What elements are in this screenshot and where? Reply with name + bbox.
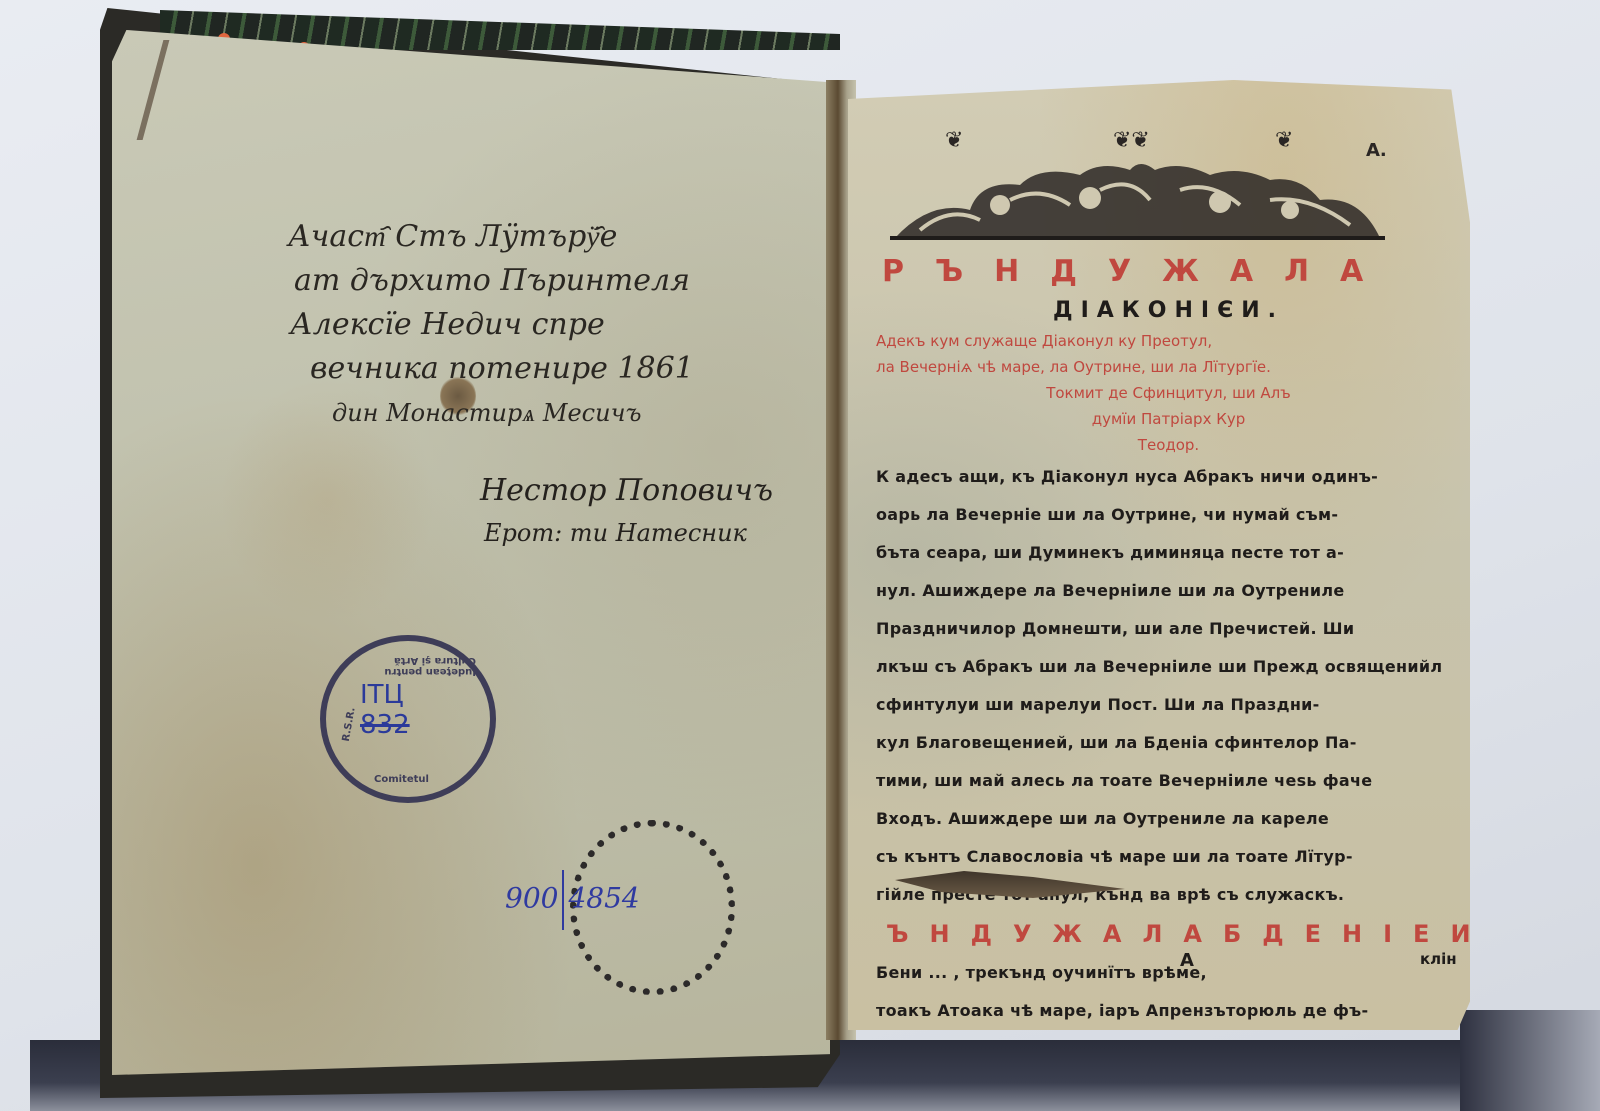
body-line: Входъ. Ашиждере ши ла Оутрениле ла карел…	[876, 800, 1461, 838]
fleuron-icon: ❦❦	[1113, 128, 1150, 153]
body-line: Бени ... , трекънд оучинїтъ врѣме,	[876, 954, 1461, 992]
body-text-2: Бени ... , трекънд оучинїтъ врѣме, тоакъ…	[876, 954, 1461, 1030]
inventory-value: 4854	[568, 882, 639, 915]
ornament-row: ❦ ❦❦ ❦	[925, 128, 1405, 158]
stamp-text-top: Judeţean pentru Cultura şi Artă	[376, 655, 476, 677]
divider	[562, 870, 564, 930]
body-line: тоакъ Атоака чѣ маре, іаръ Апрензъторюль…	[876, 992, 1461, 1030]
stamp-annotation-1: ІТЦ	[360, 680, 410, 710]
signature-block: Нестор Поповичъ Ерот: ти Натесник	[480, 470, 773, 554]
page-number: А.	[1366, 140, 1387, 161]
body-line: Праздничилор Домнешти, ши але Пречистей.…	[876, 610, 1461, 648]
section-heading-red: ЪНДУЖАЛАБДЕНІЕИ	[876, 914, 1461, 954]
body-line: бъта сеара, ши Думинекъ диминяца песте т…	[876, 534, 1461, 572]
stamp-ink-annotation: ІТЦ 832	[360, 680, 410, 740]
fleuron-icon: ❦	[945, 128, 963, 153]
inscription-line: дин Монастирѧ Месичъ	[280, 391, 820, 435]
body-line: съ кънтъ Славословіа чѣ маре ши ла тоате…	[876, 838, 1461, 876]
inventory-prefix: 900	[505, 882, 558, 915]
body-line: нул. Ашиждере ла Вечерніиле ши ла Оутрен…	[876, 572, 1461, 610]
inventory-number: 9004854	[505, 870, 640, 930]
catchword: А	[1180, 950, 1194, 971]
rubric-line: Токмит де Сфинцитул, ши Алъ	[876, 380, 1461, 406]
page-heading-red: РЪНДУЖАЛА	[876, 250, 1461, 294]
rubric-line: Теодор.	[876, 432, 1461, 458]
stamp-annotation-2: 832	[360, 710, 410, 740]
inscription-line: ат дърхито Пъринтеля	[280, 259, 820, 303]
book-shadow	[1460, 1010, 1600, 1111]
rubric-line: Адекъ кум служаще Діаконул ку Преотул,	[876, 328, 1461, 354]
fleuron-icon: ❦	[1275, 128, 1293, 153]
body-text: К адесъ ащи, къ Діаконул нуса Абракъ нич…	[876, 458, 1461, 914]
stamp-text-left: R.S.R.	[341, 707, 358, 743]
body-line: лкъш съ Абракъ ши ла Вечерніиле ши Прежд…	[876, 648, 1461, 686]
stamp-text-bottom: Comitetul	[374, 774, 429, 785]
body-line: К адесъ ащи, къ Діаконул нуса Абракъ нич…	[876, 458, 1461, 496]
decorative-headpiece-icon	[890, 160, 1385, 242]
red-rubric: Адекъ кум служаще Діаконул ку Преотул, л…	[876, 328, 1461, 458]
handwritten-inscription: Ачаст҄ Стъ Лӱтърӱ҄е ат дърхито Пъринтеля…	[280, 215, 820, 435]
body-line: тими, ши май алесь ла тоате Вечерніиле ч…	[876, 762, 1461, 800]
signature-name: Нестор Поповичъ	[480, 470, 773, 512]
catchword-right: клін	[1420, 950, 1457, 968]
page-subheading: ДІАКОНІЄИ.	[876, 294, 1461, 328]
rubric-line: думїи Патріарх Кур	[876, 406, 1461, 432]
body-line: оарь ла Вечерніе ши ла Оутрине, чи нумай…	[876, 496, 1461, 534]
inscription-line: Алексїе Недич спре	[280, 303, 820, 347]
inscription-line: вечника потенире 1861	[280, 347, 820, 391]
signature-title: Ерот: ти Натесник	[480, 512, 773, 554]
body-line: кул Благовещенией, ши ла Бденіа сфинтело…	[876, 724, 1461, 762]
inscription-line: Ачаст҄ Стъ Лӱтърӱ҄е	[280, 215, 820, 259]
rubric-line: ла Вечерніѧ чѣ маре, ла Оутрине, ши ла Л…	[876, 354, 1461, 380]
printed-text-block: РЪНДУЖАЛА ДІАКОНІЄИ. Адекъ кум служаще Д…	[876, 250, 1461, 1030]
body-line: сфинтулуи ши марелуи Пост. Ши ла Праздни…	[876, 686, 1461, 724]
